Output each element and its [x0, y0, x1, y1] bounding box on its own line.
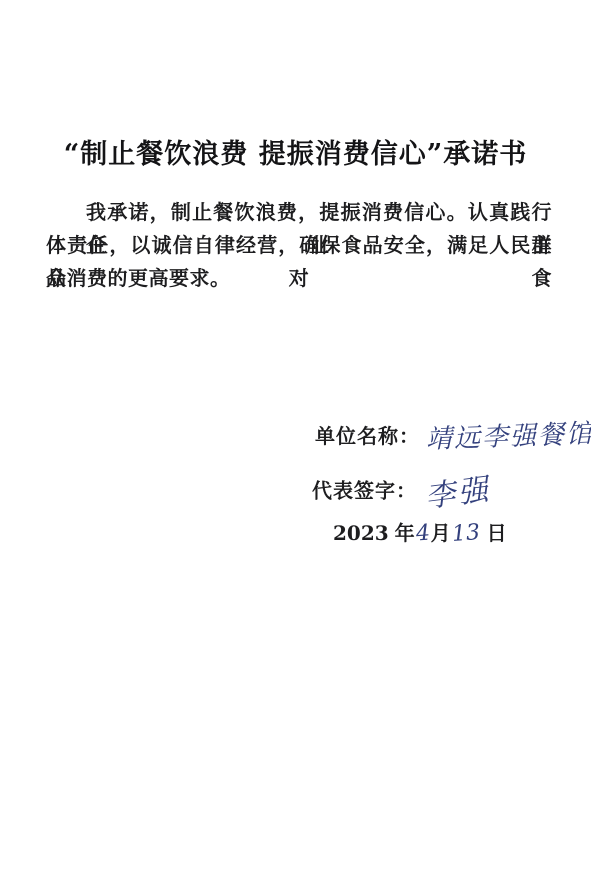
- date-year-unit: 年: [395, 517, 415, 546]
- date-month-unit: 月: [431, 517, 451, 546]
- date-day-handwritten: 13: [451, 520, 481, 547]
- date-day-unit: 日: [487, 517, 507, 546]
- date-year: 2023: [333, 521, 389, 545]
- scanned-commitment-letter-page: “制止餐饮浪费 提振消费信心”承诺书 我承诺，制止餐饮浪费，提振消费信心。认真践…: [0, 0, 591, 886]
- unit-name-line: 单位名称：靖远李强餐馆: [315, 420, 591, 457]
- body-line-1: 我承诺，制止餐饮浪费，提振消费信心。认真践行企业主: [46, 196, 552, 229]
- unit-name-handwritten-value: 靖远李强餐馆: [425, 413, 591, 456]
- unit-name-label: 单位名称：: [315, 424, 420, 448]
- representative-handwritten-signature: 李强: [422, 464, 493, 516]
- representative-signature-line: 代表签字：李强: [312, 471, 491, 515]
- representative-signature-label: 代表签字：: [312, 479, 417, 503]
- date-line: 2023年4月13日: [333, 517, 507, 546]
- body-line-2: 体责任，以诚信自律经营，确保食品安全，满足人民群众对食: [46, 229, 552, 262]
- body-paragraph: 我承诺，制止餐饮浪费，提振消费信心。认真践行企业主 体责任，以诚信自律经营，确保…: [46, 196, 552, 295]
- date-month-handwritten: 4: [415, 521, 431, 547]
- document-title: “制止餐饮浪费 提振消费信心”承诺书: [0, 132, 591, 171]
